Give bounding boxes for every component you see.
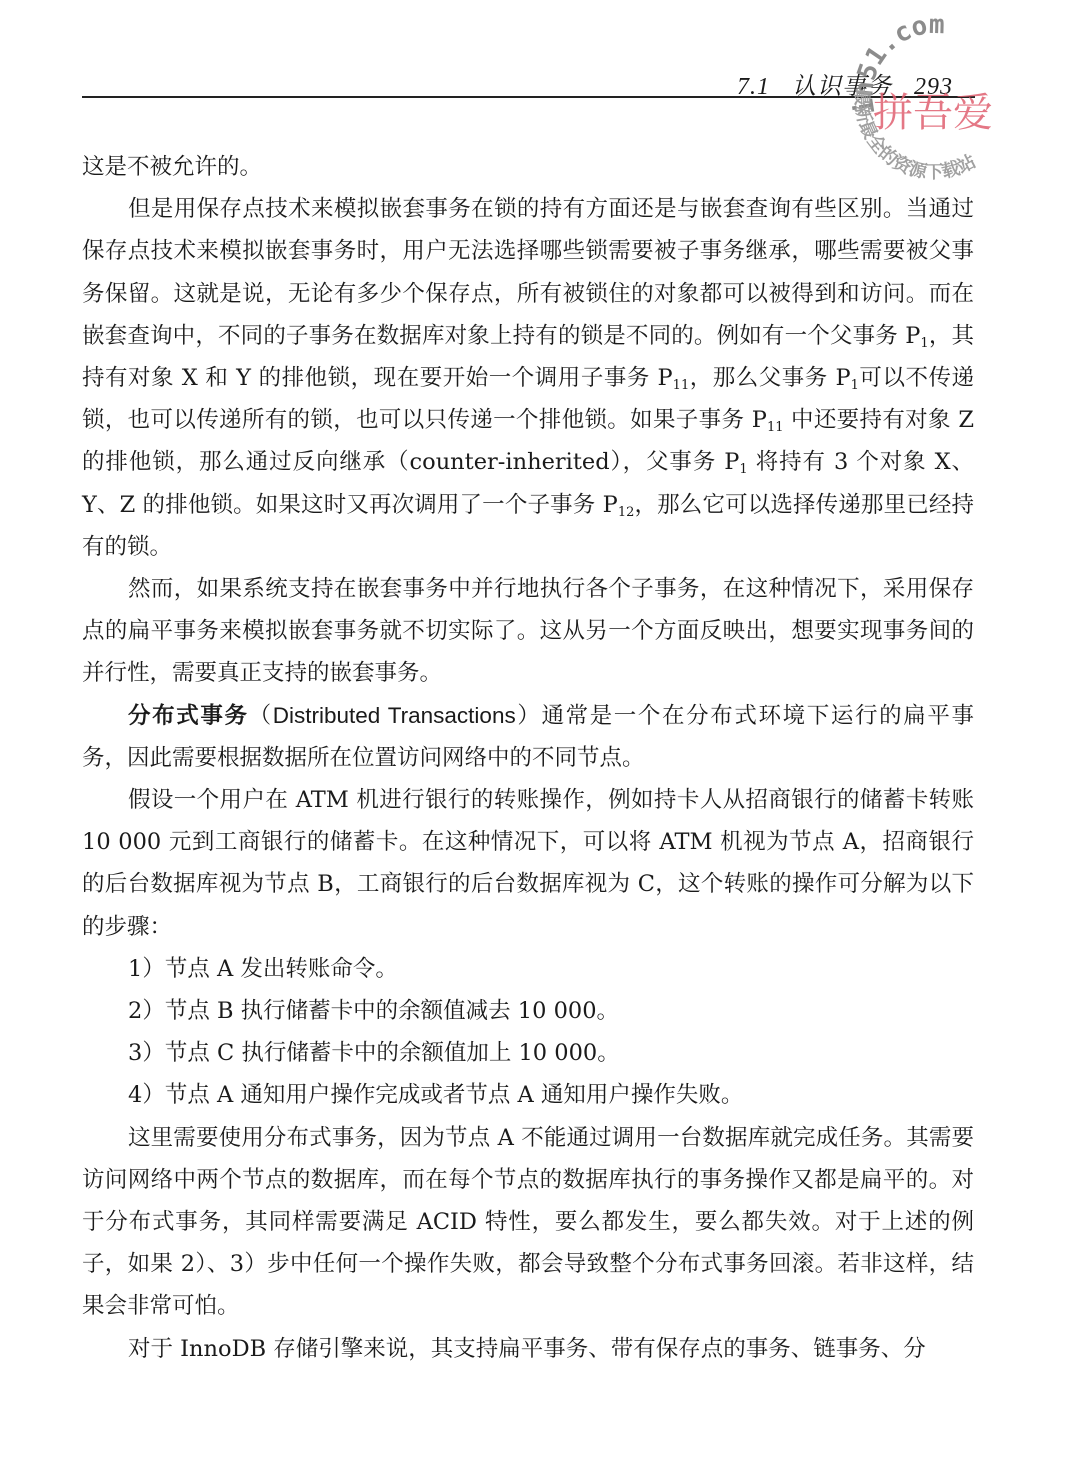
- list-item-step-2: 2）节点 B 执行储蓄卡中的余额值减去 10 000。: [82, 990, 974, 1032]
- paragraph-parallel-nested: 然而，如果系统支持在嵌套事务中并行地执行各个子事务，在这种情况下，采用保存点的扁…: [82, 568, 974, 695]
- page-body: 这是不被允许的。 但是用保存点技术来模拟嵌套事务在锁的持有方面还是与嵌套查询有些…: [82, 146, 974, 1370]
- term-english: （Distributed Transactions）: [249, 703, 542, 728]
- term-distributed-transactions: 分布式事务: [128, 703, 249, 729]
- list-item-step-4: 4）节点 A 通知用户操作完成或者节点 A 通知用户操作失败。: [82, 1074, 974, 1116]
- paragraph-innodb-support: 对于 InnoDB 存储引擎来说，其支持扁平事务、带有保存点的事务、链事务、分: [82, 1328, 974, 1370]
- list-item-step-3: 3）节点 C 执行储蓄卡中的余额值加上 10 000。: [82, 1032, 974, 1074]
- paragraph-atm-example: 假设一个用户在 ATM 机进行银行的转账操作，例如持卡人从招商银行的储蓄卡转账 …: [82, 779, 974, 948]
- paragraph-savepoint-locks: 但是用保存点技术来模拟嵌套事务在锁的持有方面还是与嵌套查询有些区别。当通过保存点…: [82, 188, 974, 568]
- list-item-step-1: 1）节点 A 发出转账命令。: [82, 948, 974, 990]
- watermark-brand-text: 拼吾爱: [873, 90, 993, 136]
- section-number: 7.1: [737, 74, 770, 100]
- paragraph-distributed-definition: 分布式事务（Distributed Transactions）通常是一个在分布式…: [82, 695, 974, 779]
- paragraph-acid-requirement: 这里需要使用分布式事务，因为节点 A 不能通过调用一台数据库就完成任务。其需要访…: [82, 1117, 974, 1328]
- paragraph-continuation: 这是不被允许的。: [82, 146, 974, 188]
